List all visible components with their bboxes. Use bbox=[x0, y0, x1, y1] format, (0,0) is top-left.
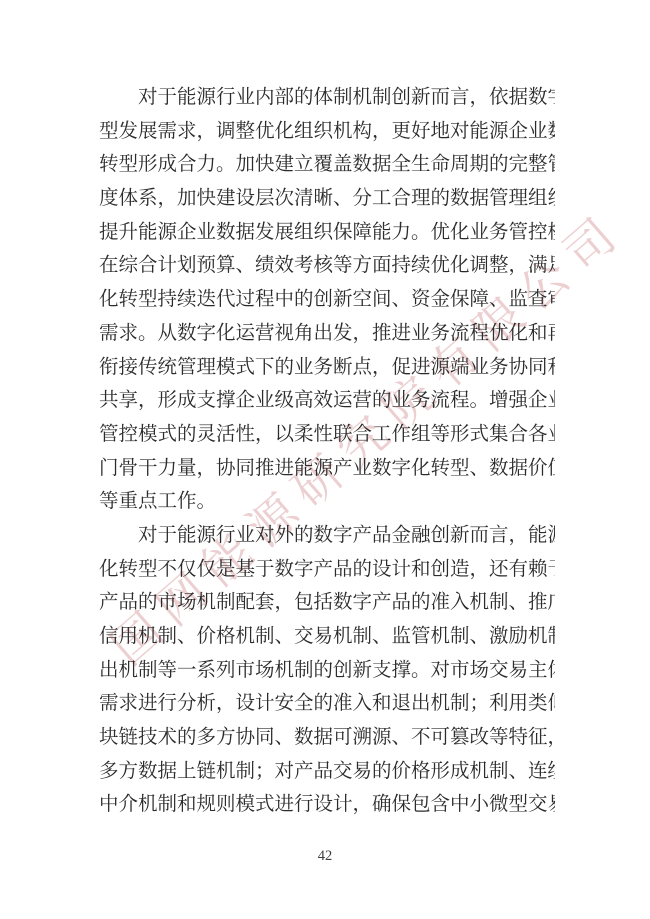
text-line: 多方数据上链机制；对产品交易的价格形成机制、连续性、 bbox=[99, 755, 555, 789]
text-line: 化转型持续迭代过程中的创新空间、资金保障、监查审计等 bbox=[99, 283, 555, 317]
text-line: 度体系，加快建设层次清晰、分工合理的数据管理组织体系， bbox=[99, 182, 555, 216]
text-line: 提升能源企业数据发展组织保障能力。优化业务管控模式， bbox=[99, 216, 555, 250]
text-line: 信用机制、价格机制、交易机制、监管机制、激励机制、退 bbox=[99, 620, 555, 654]
text-line: 门骨干力量，协同推进能源产业数字化转型、数据价值挖掘 bbox=[99, 452, 555, 486]
text-line: 块链技术的多方协同、数据可溯源、不可篡改等特征，构建 bbox=[99, 721, 555, 755]
text-line: 转型形成合力。加快建立覆盖数据全生命周期的完整管理制 bbox=[99, 148, 555, 182]
text-line: 需求进行分析，设计安全的准入和退出机制；利用类似于区 bbox=[99, 687, 555, 721]
text-line: 对于能源行业对外的数字产品金融创新而言，能源数字 bbox=[99, 519, 555, 553]
text-line: 型发展需求，调整优化组织机构，更好地对能源企业数字化 bbox=[99, 115, 555, 149]
page-number: 42 bbox=[0, 848, 650, 865]
text-line: 管控模式的灵活性，以柔性联合工作组等形式集合各业务部 bbox=[99, 418, 555, 452]
text-line: 需求。从数字化运营视角出发，推进业务流程优化和再造， bbox=[99, 317, 555, 351]
text-line: 中介机制和规则模式进行设计，确保包含中小微型交易主体 bbox=[99, 788, 555, 822]
paragraph: 对于能源行业对外的数字产品金融创新而言，能源数字化转型不仅仅是基于数字产品的设计… bbox=[99, 519, 555, 822]
paragraph: 对于能源行业内部的体制机制创新而言，依据数字化转型发展需求，调整优化组织机构，更… bbox=[99, 81, 555, 519]
body-text: 对于能源行业内部的体制机制创新而言，依据数字化转型发展需求，调整优化组织机构，更… bbox=[99, 81, 555, 822]
text-line: 对于能源行业内部的体制机制创新而言，依据数字化转 bbox=[99, 81, 555, 115]
text-line: 化转型不仅仅是基于数字产品的设计和创造，还有赖于数字 bbox=[99, 553, 555, 587]
document-page: 国网能源研究院有限公司 对于能源行业内部的体制机制创新而言，依据数字化转型发展需… bbox=[0, 0, 650, 919]
text-line: 共享，形成支撑企业级高效运营的业务流程。增强企业组织 bbox=[99, 384, 555, 418]
text-line: 出机制等一系列市场机制的创新支撑。对市场交易主体资质 bbox=[99, 654, 555, 688]
text-line: 衔接传统管理模式下的业务断点，促进源端业务协同和数据 bbox=[99, 351, 555, 385]
text-line: 等重点工作。 bbox=[99, 485, 555, 519]
text-line: 在综合计划预算、绩效考核等方面持续优化调整，满足数字 bbox=[99, 249, 555, 283]
text-line: 产品的市场机制配套，包括数字产品的准入机制、推广机制、 bbox=[99, 586, 555, 620]
